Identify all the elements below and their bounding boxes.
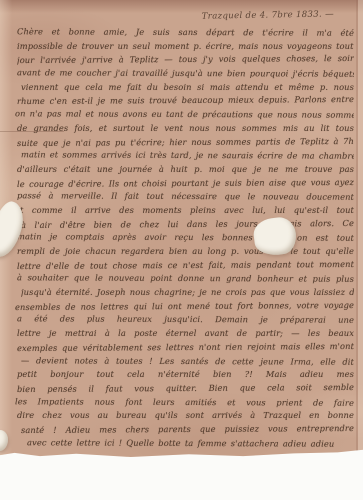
handwriting-line: et comme il arrive des moments pleins av… (15, 204, 354, 218)
paper-right-edge (358, 0, 363, 457)
handwriting-line: petit bonjour tout cela n'éternité bien … (17, 368, 354, 382)
handwriting-line: avec cette lettre ici ! Quelle botte ta … (27, 436, 354, 451)
handwriting-line: exemples que véritablement ses lettres n… (17, 340, 354, 356)
handwriting-line: dire chez vous au bureau qu'ils sont arr… (17, 409, 354, 423)
handwriting-line: on n'a pas mal et nous avons eu tant de … (15, 107, 354, 122)
handwriting-line: de grandes fois, et surtout le vent nous… (17, 122, 354, 136)
handwriting-line: bien pensés il faut vous quitter. Bien q… (17, 381, 354, 397)
handwriting-line: santé ! Adieu mes chers parents que puis… (21, 422, 354, 438)
handwriting-line: lettre je mettrai à la poste éternel ava… (17, 327, 354, 341)
handwriting-line: rempli de joie chacun regardera bien au … (17, 245, 354, 259)
letter-text: Trazquel de 4. 7bre 1833. — Chère et bon… (17, 10, 354, 450)
handwriting-line: — devient notes à toutes ! Les santés de… (21, 354, 354, 369)
letter-paper: Trazquel de 4. 7bre 1833. — Chère et bon… (0, 0, 363, 457)
letter-body: Chère et bonne amie, Je suis sans départ… (17, 26, 354, 450)
handwriting-line: passé à merveille. Il fait tout nécessai… (17, 190, 354, 205)
handwriting-line: à souhaiter que le nouveau point donne u… (17, 272, 354, 287)
handwriting-line: les Impatients nous font leurs amitiés e… (15, 395, 354, 410)
handwriting-line: avant de me coucher j'ai travaillé jusqu… (17, 66, 354, 81)
handwriting-line: d'ailleurs c'était une journée à huit p.… (17, 163, 354, 177)
handwriting-line: matin et sommes arrivés ici très tard, j… (21, 148, 354, 163)
handwriting-line: a été des plus heureux jusqu'ici. Demain… (17, 313, 354, 328)
handwriting-line: jusqu'à éternité. Joseph nous chagrine; … (21, 286, 354, 300)
handwriting-line: matin je comptais après avoir reçu les b… (17, 231, 354, 246)
handwriting-line: Chère et bonne amie, Je suis sans départ… (17, 25, 354, 40)
scan-background: Trazquel de 4. 7bre 1833. — Chère et bon… (0, 0, 363, 500)
